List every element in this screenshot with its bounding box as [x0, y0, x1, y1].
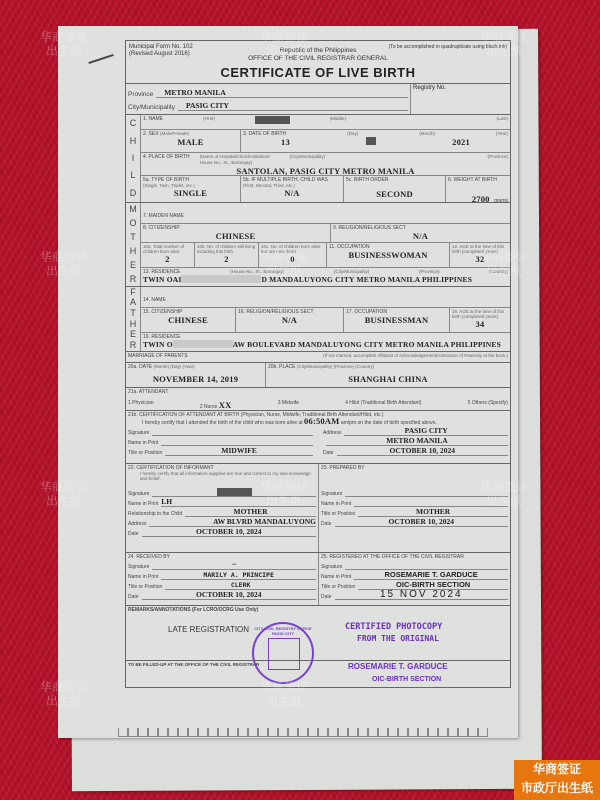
marriage-date: NOVEMBER 14, 2019 [128, 374, 263, 384]
province-label: Province [128, 91, 153, 98]
republic-text: Republic of the Philippines [126, 47, 510, 54]
child-birth-order: SECOND [346, 189, 443, 199]
attendant-address-1: PASIG CITY [344, 427, 508, 436]
child-sex-dob-row: 2. SEX (Male/Female) MALE 3. DATE OF BIR… [141, 130, 510, 153]
father-section: FATHER 14. NAME 15. CITIZENSHIPCHINESE 1… [125, 287, 511, 352]
mother-citizenship: CHINESE [143, 231, 328, 241]
informant-address: AW BLVRD MANDALUYONG [149, 518, 316, 527]
city-label: City/Municipality [128, 104, 175, 111]
redacted-month [366, 137, 376, 145]
mother-children-row: 10a. Total number of children born alive… [141, 243, 510, 268]
father-name-row: 14. NAME [141, 287, 510, 308]
remarks-text: LATE REGISTRATION [168, 625, 508, 634]
mother-residence-row: 13. RESIDENCE(House No., St., Barangay)(… [141, 268, 510, 286]
redacted-address [181, 275, 261, 283]
province-value: METRO MANILA [156, 89, 408, 98]
father-details-row: 15. CITIZENSHIPCHINESE 16. RELIGION/RELI… [141, 308, 510, 333]
father-occupation: BUSINESSMAN [346, 315, 447, 325]
registered-date: 15 NOV 2024 [335, 591, 508, 600]
certified-stamp-line-1: CERTIFIED PHOTOCOPY [345, 622, 442, 632]
attendant-row: 21a. ATTENDANT 1 Physician 2 Nurse XX 3 … [125, 388, 511, 411]
mother-religion: N/A [333, 231, 508, 241]
child-pob-row: 4. PLACE OF BIRTH(Name of Hospital/Clini… [141, 153, 510, 176]
informant-prepared-row: 22. CERTIFICATION OF INFORMANT I hereby … [125, 464, 511, 553]
father-residence-row: 19. RESIDENCE TWIN OAW BOULEVARD MANDALU… [141, 333, 510, 351]
stamp-signatory-name: ROSEMARIE T. GARDUCE [348, 662, 448, 671]
redacted-name [255, 116, 290, 124]
received-name: MARILY A. PRINCIPE [161, 571, 316, 580]
attendant-cert-row: 21b. CERTIFICATION OF ATTENDANT AT BIRTH… [125, 411, 511, 464]
child-birth-type-row: 5a. TYPE OF BIRTH (Single, Twin, Triplet… [141, 176, 510, 202]
brand-badge: 华商签证 市政厅出生纸 [514, 760, 600, 800]
marriage-row: 20a. DATE (Month) (Day) (Year) NOVEMBER … [125, 363, 511, 388]
father-citizenship: CHINESE [143, 315, 233, 325]
registered-name: ROSEMARIE T. GARDUCE [354, 571, 508, 580]
attendant-title: MIDWIFE [165, 447, 313, 456]
remarks-row: REMARKS/ANNOTATIONS (For LCRO/OCRG Use O… [125, 606, 511, 661]
father-residence: AW BOULEVARD MANDALUYONG CITY METRO MANI… [233, 340, 501, 349]
office-text: OFFICE OF THE CIVIL REGISTRAR GENERAL [126, 55, 510, 62]
birth-time: 06:50AM [304, 416, 339, 426]
mother-section: MOTHER 7. MAIDEN NAME 8. CITIZENSHIP CHI… [125, 203, 511, 287]
received-registered-row: 24. RECEIVED BY Signature~ Name in Print… [125, 553, 511, 606]
child-dob-day: 13 [281, 137, 290, 147]
marriage-header-row: MARRIAGE OF PARENTS (If not married, acc… [125, 352, 511, 363]
attendant-date: OCTOBER 10, 2024 [337, 447, 508, 456]
child-multiple-birth: N/A [243, 188, 341, 198]
informant-name: LH [161, 498, 316, 507]
marriage-place: SHANGHAI CHINA [268, 374, 508, 384]
footer-row: TO BE FILLED-UP AT THE OFFICE OF THE CIV… [125, 661, 511, 688]
received-title: CLERK [165, 581, 316, 590]
stamp-signatory-title: OIC-BIRTH SECTION [372, 676, 441, 683]
father-religion: N/A [238, 315, 341, 325]
attendant-address-2: METRO MANILA [326, 437, 508, 446]
informant-relationship: MOTHER [185, 508, 316, 517]
informant-date: OCTOBER 10, 2024 [142, 528, 316, 537]
received-date: OCTOBER 10, 2024 [142, 591, 316, 600]
mother-side-label: MOTHER [126, 203, 141, 286]
mother-citizenship-row: 8. CITIZENSHIP CHINESE 9. RELIGION/RELIG… [141, 224, 510, 243]
child-birth-type: SINGLE [143, 188, 238, 198]
form-header: Municipal Form No. 102 (Revised August 2… [125, 40, 511, 83]
prepared-date: OCTOBER 10, 2024 [335, 518, 508, 527]
attendant-mark: XX [219, 400, 232, 410]
prepared-title: MOTHER [358, 508, 508, 517]
child-name-row: 1. NAME (First) (Middle) (Last) [141, 115, 510, 130]
father-age: 34 [452, 319, 508, 329]
registrar-box-grid [118, 728, 488, 737]
civil-registry-seal: CITY CIVIL REGISTRY OFFICE PASIG CITY [252, 622, 314, 684]
mother-residence: D MANDALUYONG CITY METRO MANILA PHILIPPI… [261, 275, 472, 284]
location-row: Province METRO MANILA City/Municipality … [125, 83, 511, 115]
child-dob-year: 2021 [452, 137, 470, 147]
child-section: CHILD 1. NAME (First) (Middle) (Last) 2.… [125, 115, 511, 203]
certificate-form: Municipal Form No. 102 (Revised August 2… [125, 40, 511, 688]
city-value: PASIG CITY [178, 102, 408, 111]
mother-age: 32 [452, 254, 508, 264]
child-sex: MALE [143, 137, 238, 147]
registry-number: Registry No. [411, 84, 510, 114]
child-place-of-birth: SANTOLAN, PASIG CITY METRO MANILA [143, 166, 508, 176]
certified-stamp-line-2: FROM THE ORIGINAL [357, 634, 439, 643]
certificate-title: CERTIFICATE OF LIVE BIRTH [126, 65, 510, 80]
father-side-label: FATHER [126, 287, 141, 351]
child-side-label: CHILD [126, 115, 141, 202]
mother-name-row: 7. MAIDEN NAME [141, 203, 510, 224]
mother-occupation: BUSINESSWOMAN [329, 250, 447, 260]
